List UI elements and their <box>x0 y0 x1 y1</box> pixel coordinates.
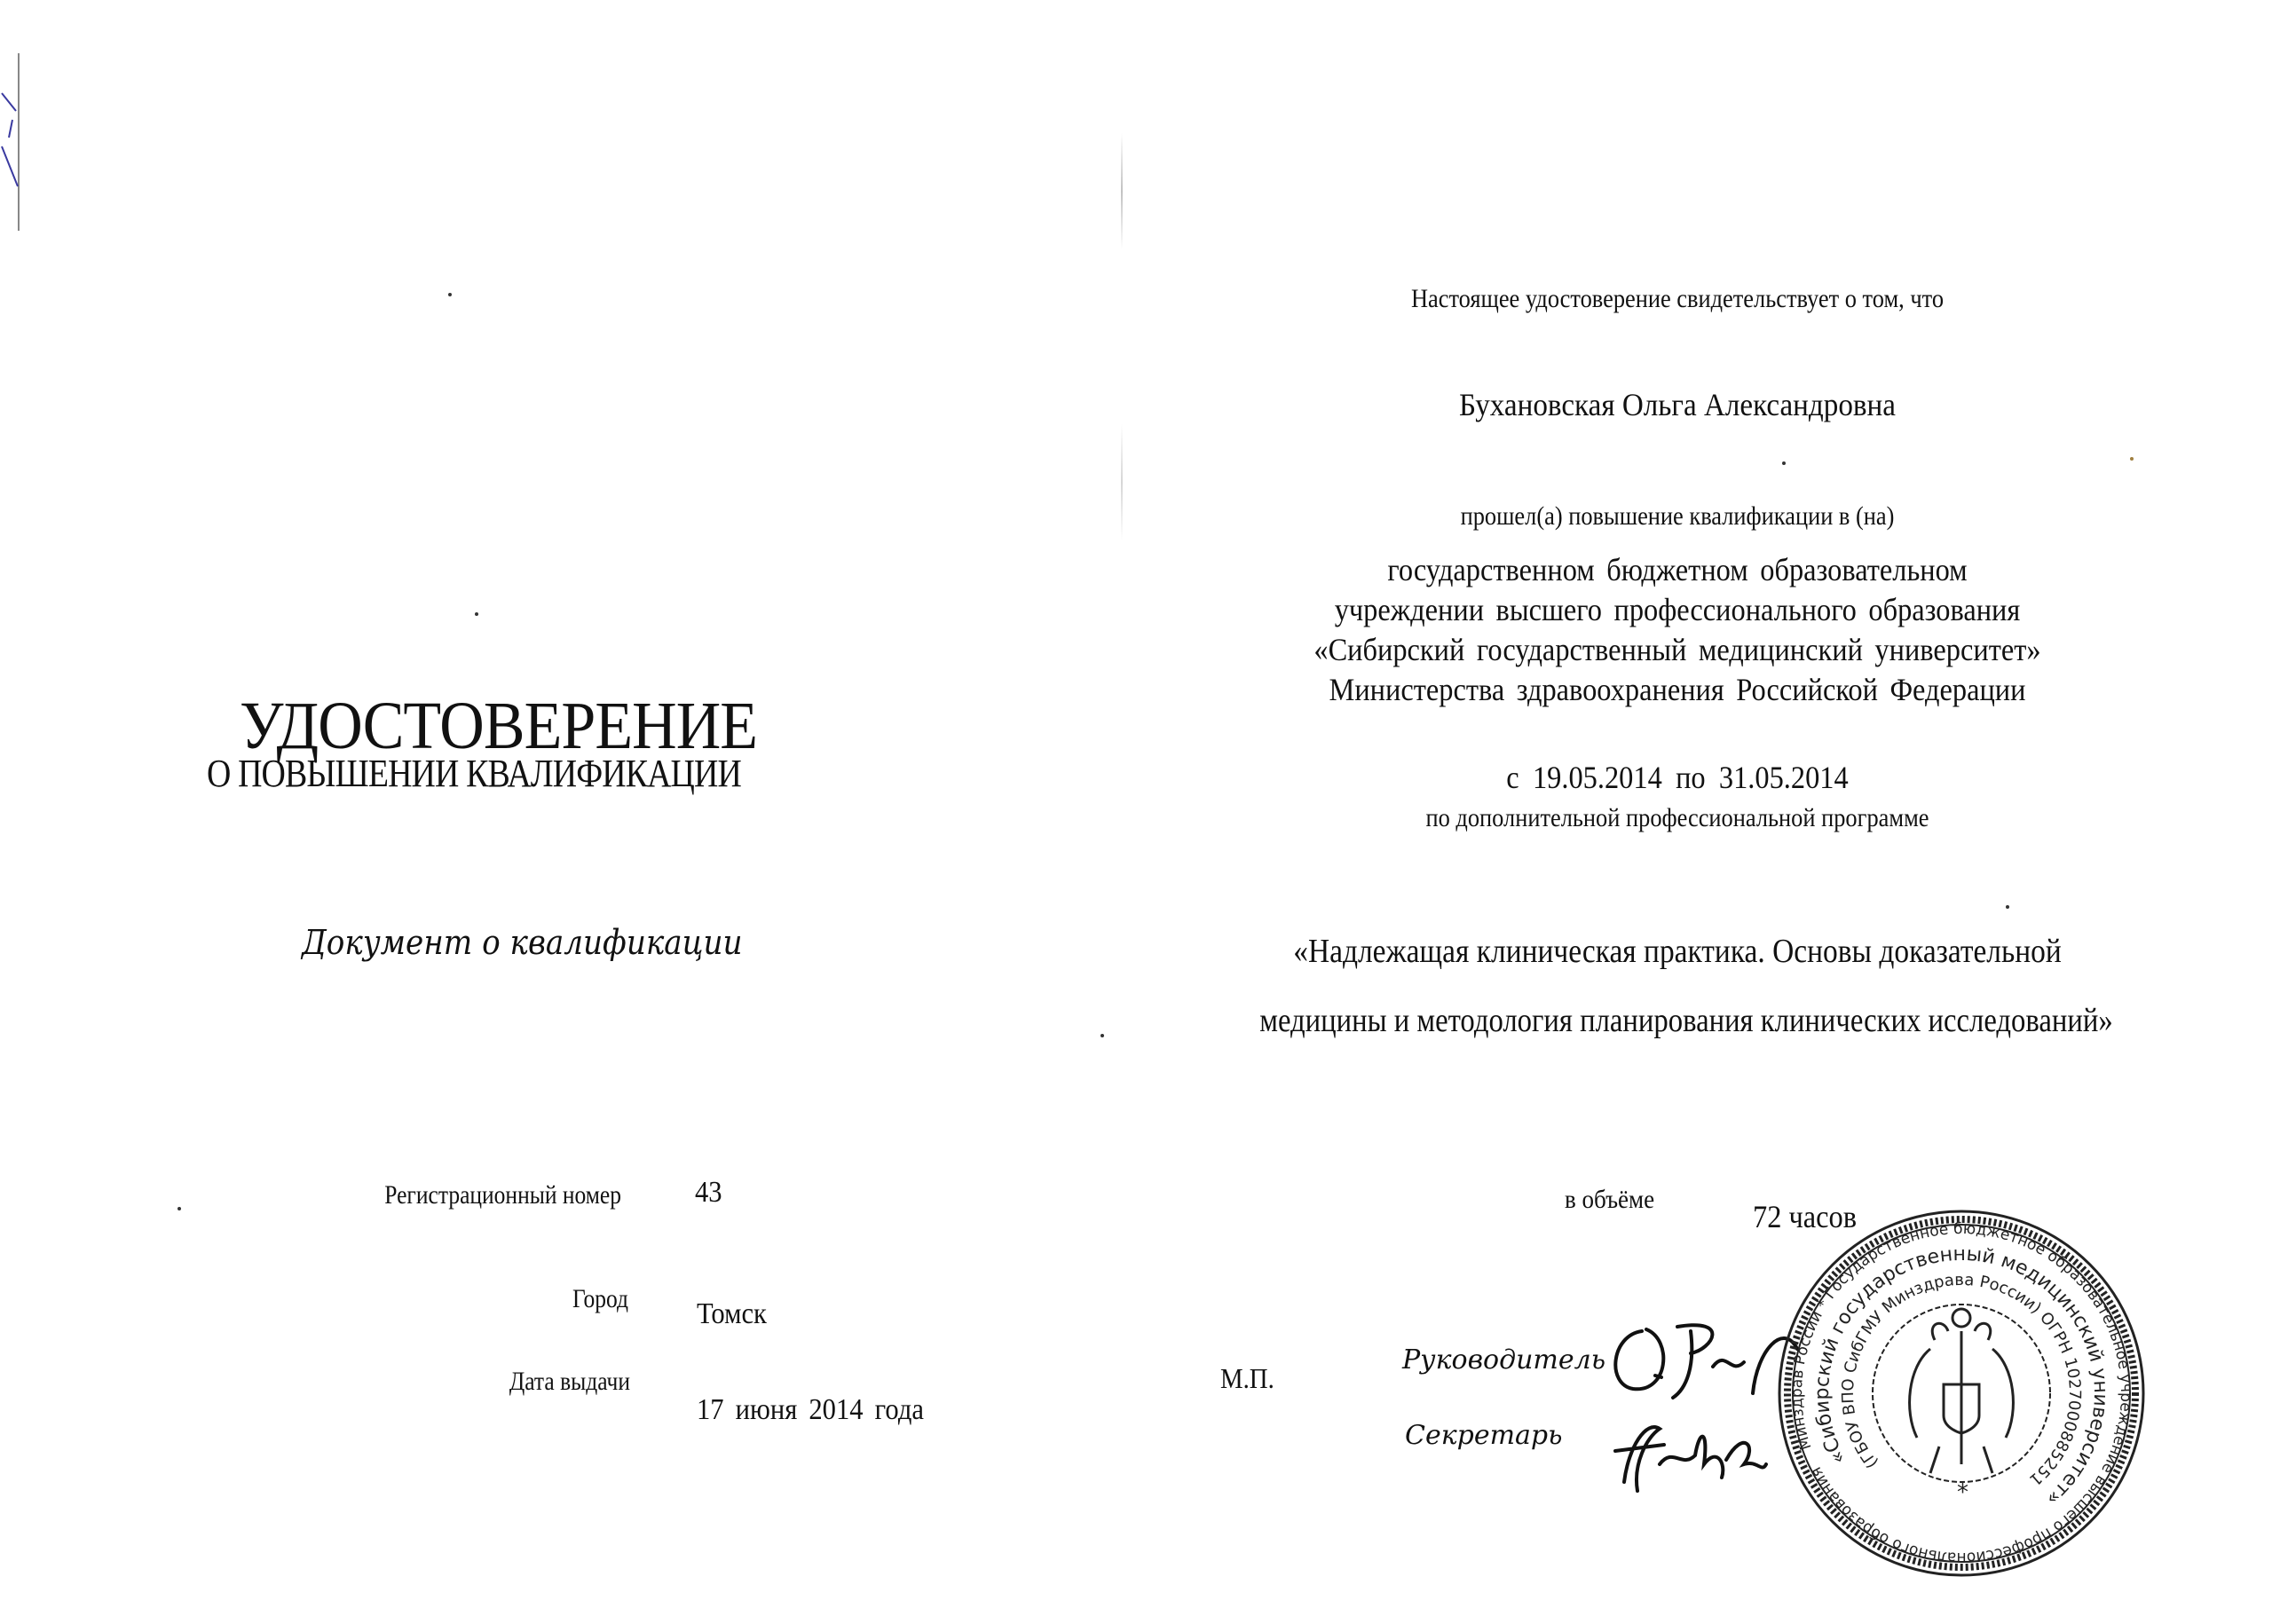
program-intro: по дополнительной профессиональной прогр… <box>1248 803 2107 833</box>
issue-date-value: 17 июня 2014 года <box>697 1393 924 1427</box>
issue-date-label: Дата выдачи <box>321 1367 631 1397</box>
scan-speck <box>475 612 478 616</box>
scan-speck <box>2130 457 2134 461</box>
volume-label: в объёме <box>1565 1185 1654 1215</box>
page-fold-line <box>1121 133 1123 1589</box>
scan-speck <box>1782 461 1786 465</box>
city-value: Томск <box>697 1297 767 1331</box>
secretary-signature <box>1611 1411 1771 1495</box>
scan-speck <box>2006 905 2009 909</box>
intro-text: Настоящее удостоверение свидетельствует … <box>1248 284 2107 314</box>
pen-mark <box>0 84 20 191</box>
program-title-line-2: медицины и методология планирования клин… <box>1243 1001 2129 1040</box>
program-title-line-1: «Надлежащая клиническая практика. Основы… <box>1248 932 2107 971</box>
registration-number-label: Регистрационный номер <box>319 1180 621 1210</box>
completed-text: прошел(а) повышение квалификации в (на) <box>1248 501 2107 532</box>
seal-placeholder: М.П. <box>1220 1362 1274 1395</box>
secretary-label: Секретарь <box>1405 1420 1562 1451</box>
training-period: с 19.05.2014 по 31.05.2014 <box>1238 759 2117 796</box>
institution-line-2: учреждении высшего профессионального обр… <box>1238 590 2117 630</box>
scan-speck <box>177 1207 181 1210</box>
institution-line-1: государственном бюджетном образовательно… <box>1238 550 2117 590</box>
scan-speck <box>448 293 452 296</box>
scan-speck <box>1100 1034 1104 1037</box>
city-label: Город <box>320 1284 628 1314</box>
institution-line-4: Министерства здравоохранения Российской … <box>1238 670 2117 710</box>
registration-number-value: 43 <box>695 1176 722 1210</box>
official-stamp: Минздрав России * Государственное бюджет… <box>1775 1207 2148 1580</box>
director-label: Руководитель <box>1402 1344 1605 1376</box>
svg-text:*: * <box>1957 1479 1968 1506</box>
recipient-name: Бухановская Ольга Александровна <box>1228 386 2126 423</box>
institution-line-3: «Сибирский государственный медицинский у… <box>1238 630 2117 670</box>
eagle-emblem-icon <box>1910 1309 2014 1473</box>
document-type: Документ о квалификации <box>302 923 743 962</box>
certificate-subtitle: О ПОВЫШЕНИИ КВАЛИФИКАЦИИ <box>207 751 741 796</box>
